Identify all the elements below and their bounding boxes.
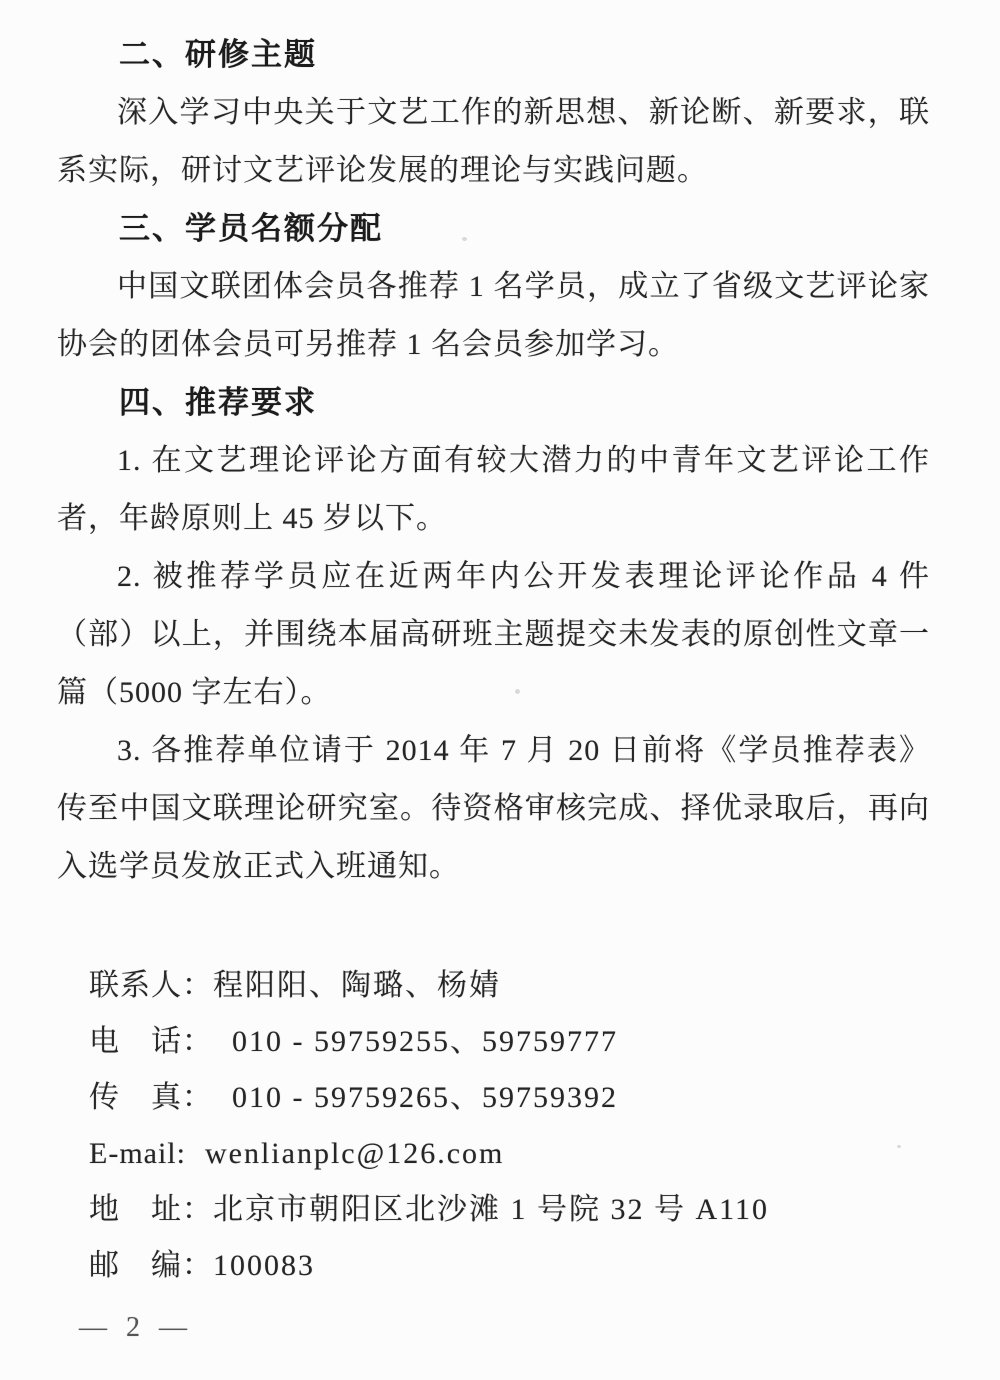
section-heading: 三、学员名额分配	[57, 200, 930, 258]
contact-label: E-mail:	[89, 1137, 186, 1170]
contact-row: 电 话： 010 - 59759255、59759777	[89, 1014, 930, 1070]
section-heading: 二、研修主题	[57, 26, 930, 84]
text-line: 系实际，研讨文艺评论发展的理论与实践问题。	[57, 142, 930, 200]
contact-value: 程阳阳、陶璐、杨婧	[213, 969, 501, 1002]
text-line: （部）以上，并围绕本届高研班主题提交未发表的原创性文章一	[57, 606, 930, 664]
blank-gap	[57, 896, 930, 958]
contact-value: 010 - 59759255、59759777	[213, 1025, 618, 1058]
contact-label: 邮 编：	[89, 1249, 213, 1282]
document-body: 二、研修主题深入学习中央关于文艺工作的新思想、新论断、新要求，联系实际，研讨文艺…	[57, 26, 930, 896]
text-line: 中国文联团体会员各推荐 1 名学员，成立了省级文艺评论家	[57, 258, 930, 316]
text-line: 入选学员发放正式入班通知。	[57, 838, 930, 896]
text-line: 传至中国文联理论研究室。待资格审核完成、择优录取后，再向	[57, 780, 930, 838]
contact-label: 传 真：	[89, 1081, 213, 1114]
contact-value: wenlianplc@126.com	[186, 1137, 504, 1170]
contact-value: 100083	[213, 1249, 315, 1282]
contact-label: 联系人：	[89, 969, 213, 1002]
scan-artifact	[515, 689, 520, 694]
page-number: — 2 —	[79, 1308, 930, 1348]
contact-value: 北京市朝阳区北沙滩 1 号院 32 号 A110	[213, 1193, 769, 1226]
text-line: 协会的团体会员可另推荐 1 名会员参加学习。	[57, 316, 930, 374]
contact-value: 010 - 59759265、59759392	[213, 1081, 618, 1114]
contact-label: 地 址：	[89, 1193, 213, 1226]
scanned-document-page: 二、研修主题深入学习中央关于文艺工作的新思想、新论断、新要求，联系实际，研讨文艺…	[0, 0, 1000, 1380]
text-line: 篇（5000 字左右）。	[57, 664, 930, 722]
text-line: 2. 被推荐学员应在近两年内公开发表理论评论作品 4 件	[57, 548, 930, 606]
contact-row: 邮 编：100083	[89, 1238, 930, 1294]
contact-row: 传 真： 010 - 59759265、59759392	[89, 1070, 930, 1126]
text-line: 者，年龄原则上 45 岁以下。	[57, 490, 930, 548]
text-line: 3. 各推荐单位请于 2014 年 7 月 20 日前将《学员推荐表》	[57, 722, 930, 780]
text-line: 深入学习中央关于文艺工作的新思想、新论断、新要求，联	[57, 84, 930, 142]
text-line: 1. 在文艺理论评论方面有较大潜力的中青年文艺评论工作	[57, 432, 930, 490]
scan-artifact	[897, 1145, 901, 1148]
contact-label: 电 话：	[89, 1025, 213, 1058]
section-heading: 四、推荐要求	[57, 374, 930, 432]
contact-row: 地 址：北京市朝阳区北沙滩 1 号院 32 号 A110	[89, 1182, 930, 1238]
contact-row: 联系人：程阳阳、陶璐、杨婧	[89, 958, 930, 1014]
contact-block: 联系人：程阳阳、陶璐、杨婧电 话： 010 - 59759255、5975977…	[89, 958, 930, 1294]
contact-row: E-mail: wenlianplc@126.com	[89, 1126, 930, 1182]
scan-artifact	[462, 237, 467, 241]
